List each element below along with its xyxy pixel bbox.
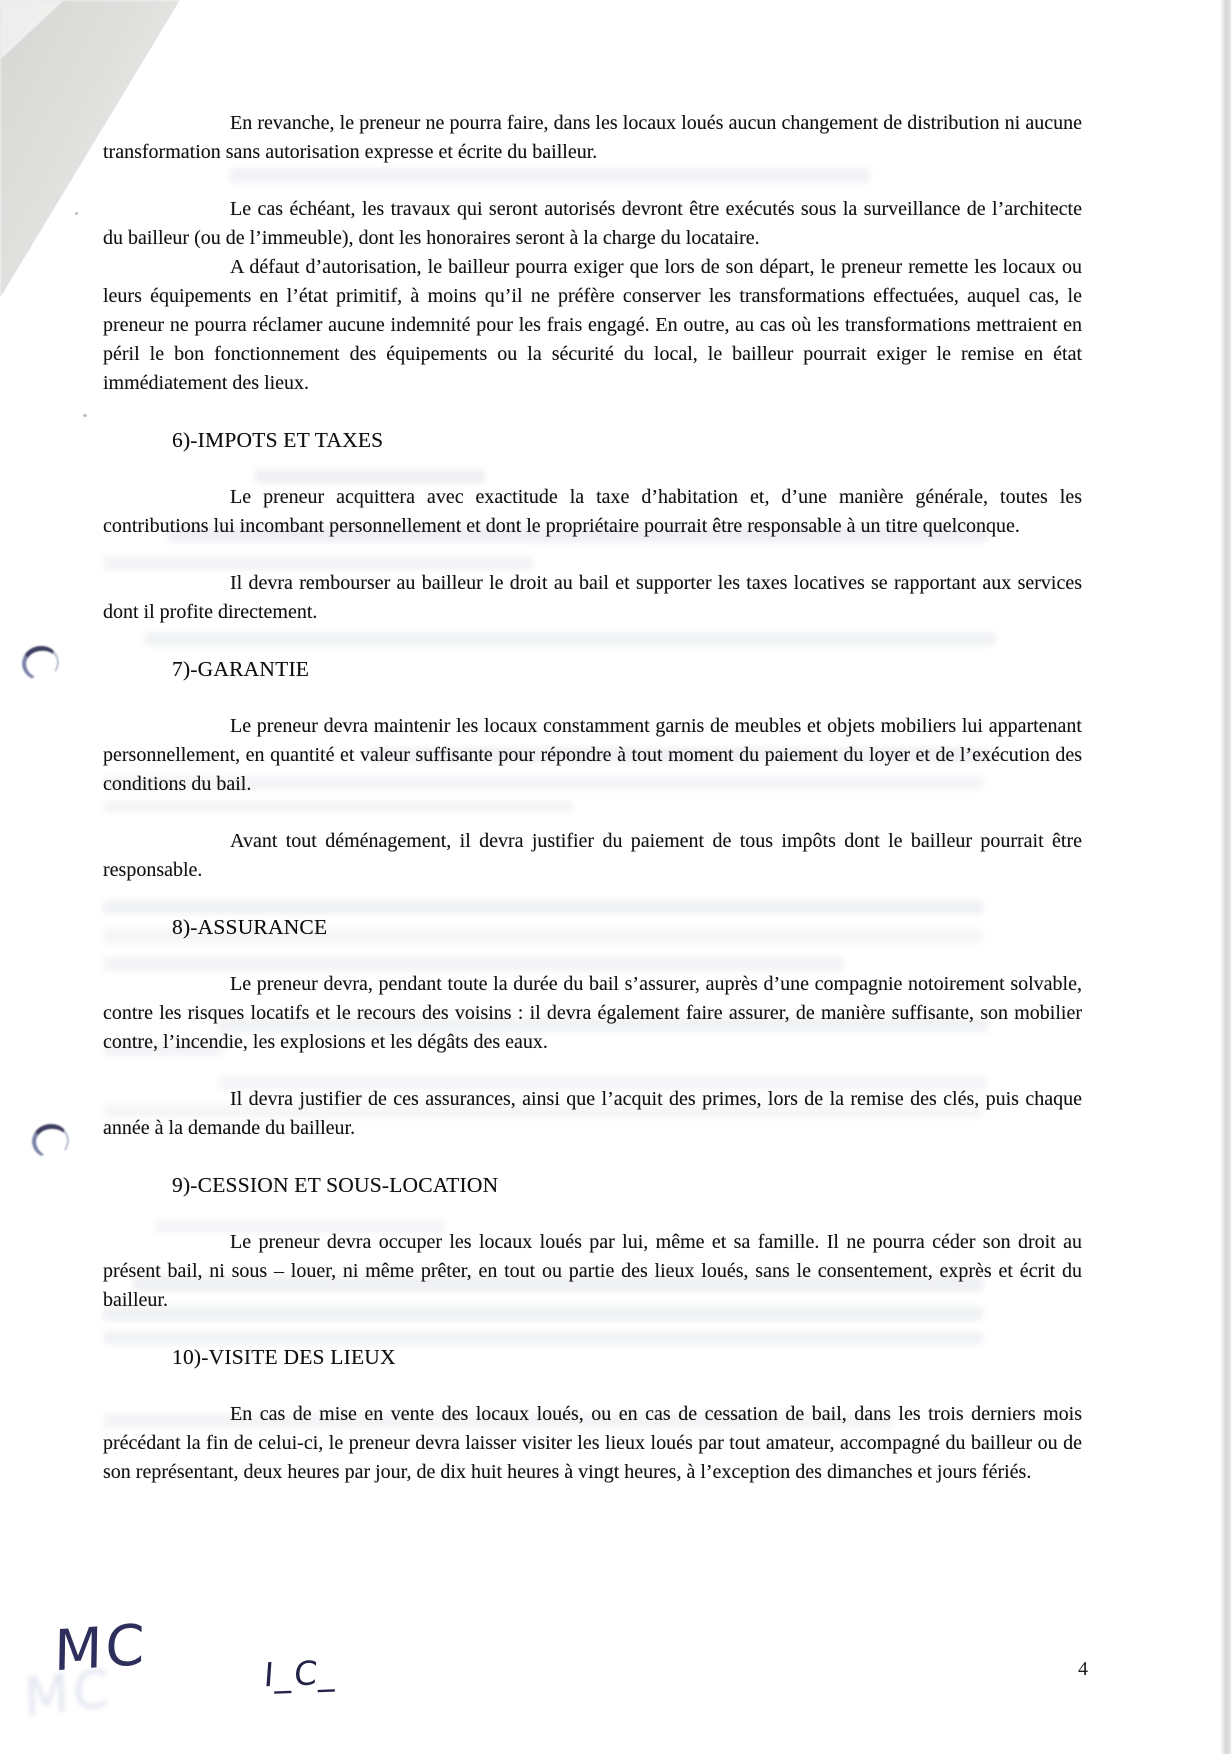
- scanned-document-page: En revanche, le preneur ne pourra faire,…: [0, 0, 1231, 1754]
- section-heading-assurance: 8)-ASSURANCE: [103, 913, 1082, 942]
- page-number: 4: [1068, 1658, 1098, 1681]
- section-heading-cession: 9)-CESSION ET SOUS-LOCATION: [103, 1171, 1082, 1200]
- section-heading-visite: 10)-VISITE DES LIEUX: [103, 1343, 1082, 1372]
- handwritten-initials-mc: MC: [54, 1613, 148, 1685]
- paragraph-travaux: Le cas échéant, les travaux qui seront a…: [103, 195, 1082, 253]
- dust-speck: [83, 414, 87, 417]
- paragraph-revanche: En revanche, le preneur ne pourra faire,…: [103, 109, 1082, 167]
- paragraph-garantie-1: Le preneur devra maintenir les locaux co…: [103, 712, 1082, 799]
- paragraph-assurance-2: Il devra justifier de ces assurances, ai…: [103, 1085, 1082, 1143]
- section-heading-impots: 6)-IMPOTS ET TAXES: [103, 426, 1082, 455]
- paragraph-impots-2: Il devra rembourser au bailleur le droit…: [103, 569, 1082, 627]
- paragraph-cession: Le preneur devra occuper les locaux loué…: [103, 1228, 1082, 1315]
- paragraph-assurance-1: Le preneur devra, pendant toute la durée…: [103, 970, 1082, 1057]
- scanner-edge-shadow: [1220, 0, 1231, 1754]
- binder-punch-mark: [30, 1121, 72, 1160]
- handwritten-initials-ic: I_C_: [263, 1653, 339, 1695]
- paragraph-defaut-autorisation: A défaut d’autorisation, le bailleur pou…: [103, 253, 1082, 398]
- paragraph-garantie-2: Avant tout déménagement, il devra justif…: [103, 827, 1082, 885]
- dust-speck: [75, 212, 78, 215]
- section-heading-garantie: 7)-GARANTIE: [103, 655, 1082, 684]
- paragraph-visite: En cas de mise en vente des locaux loués…: [103, 1400, 1082, 1487]
- binder-punch-mark: [19, 643, 62, 684]
- paragraph-impots-1: Le preneur acquittera avec exactitude la…: [103, 483, 1082, 541]
- document-body: En revanche, le preneur ne pourra faire,…: [103, 109, 1082, 1515]
